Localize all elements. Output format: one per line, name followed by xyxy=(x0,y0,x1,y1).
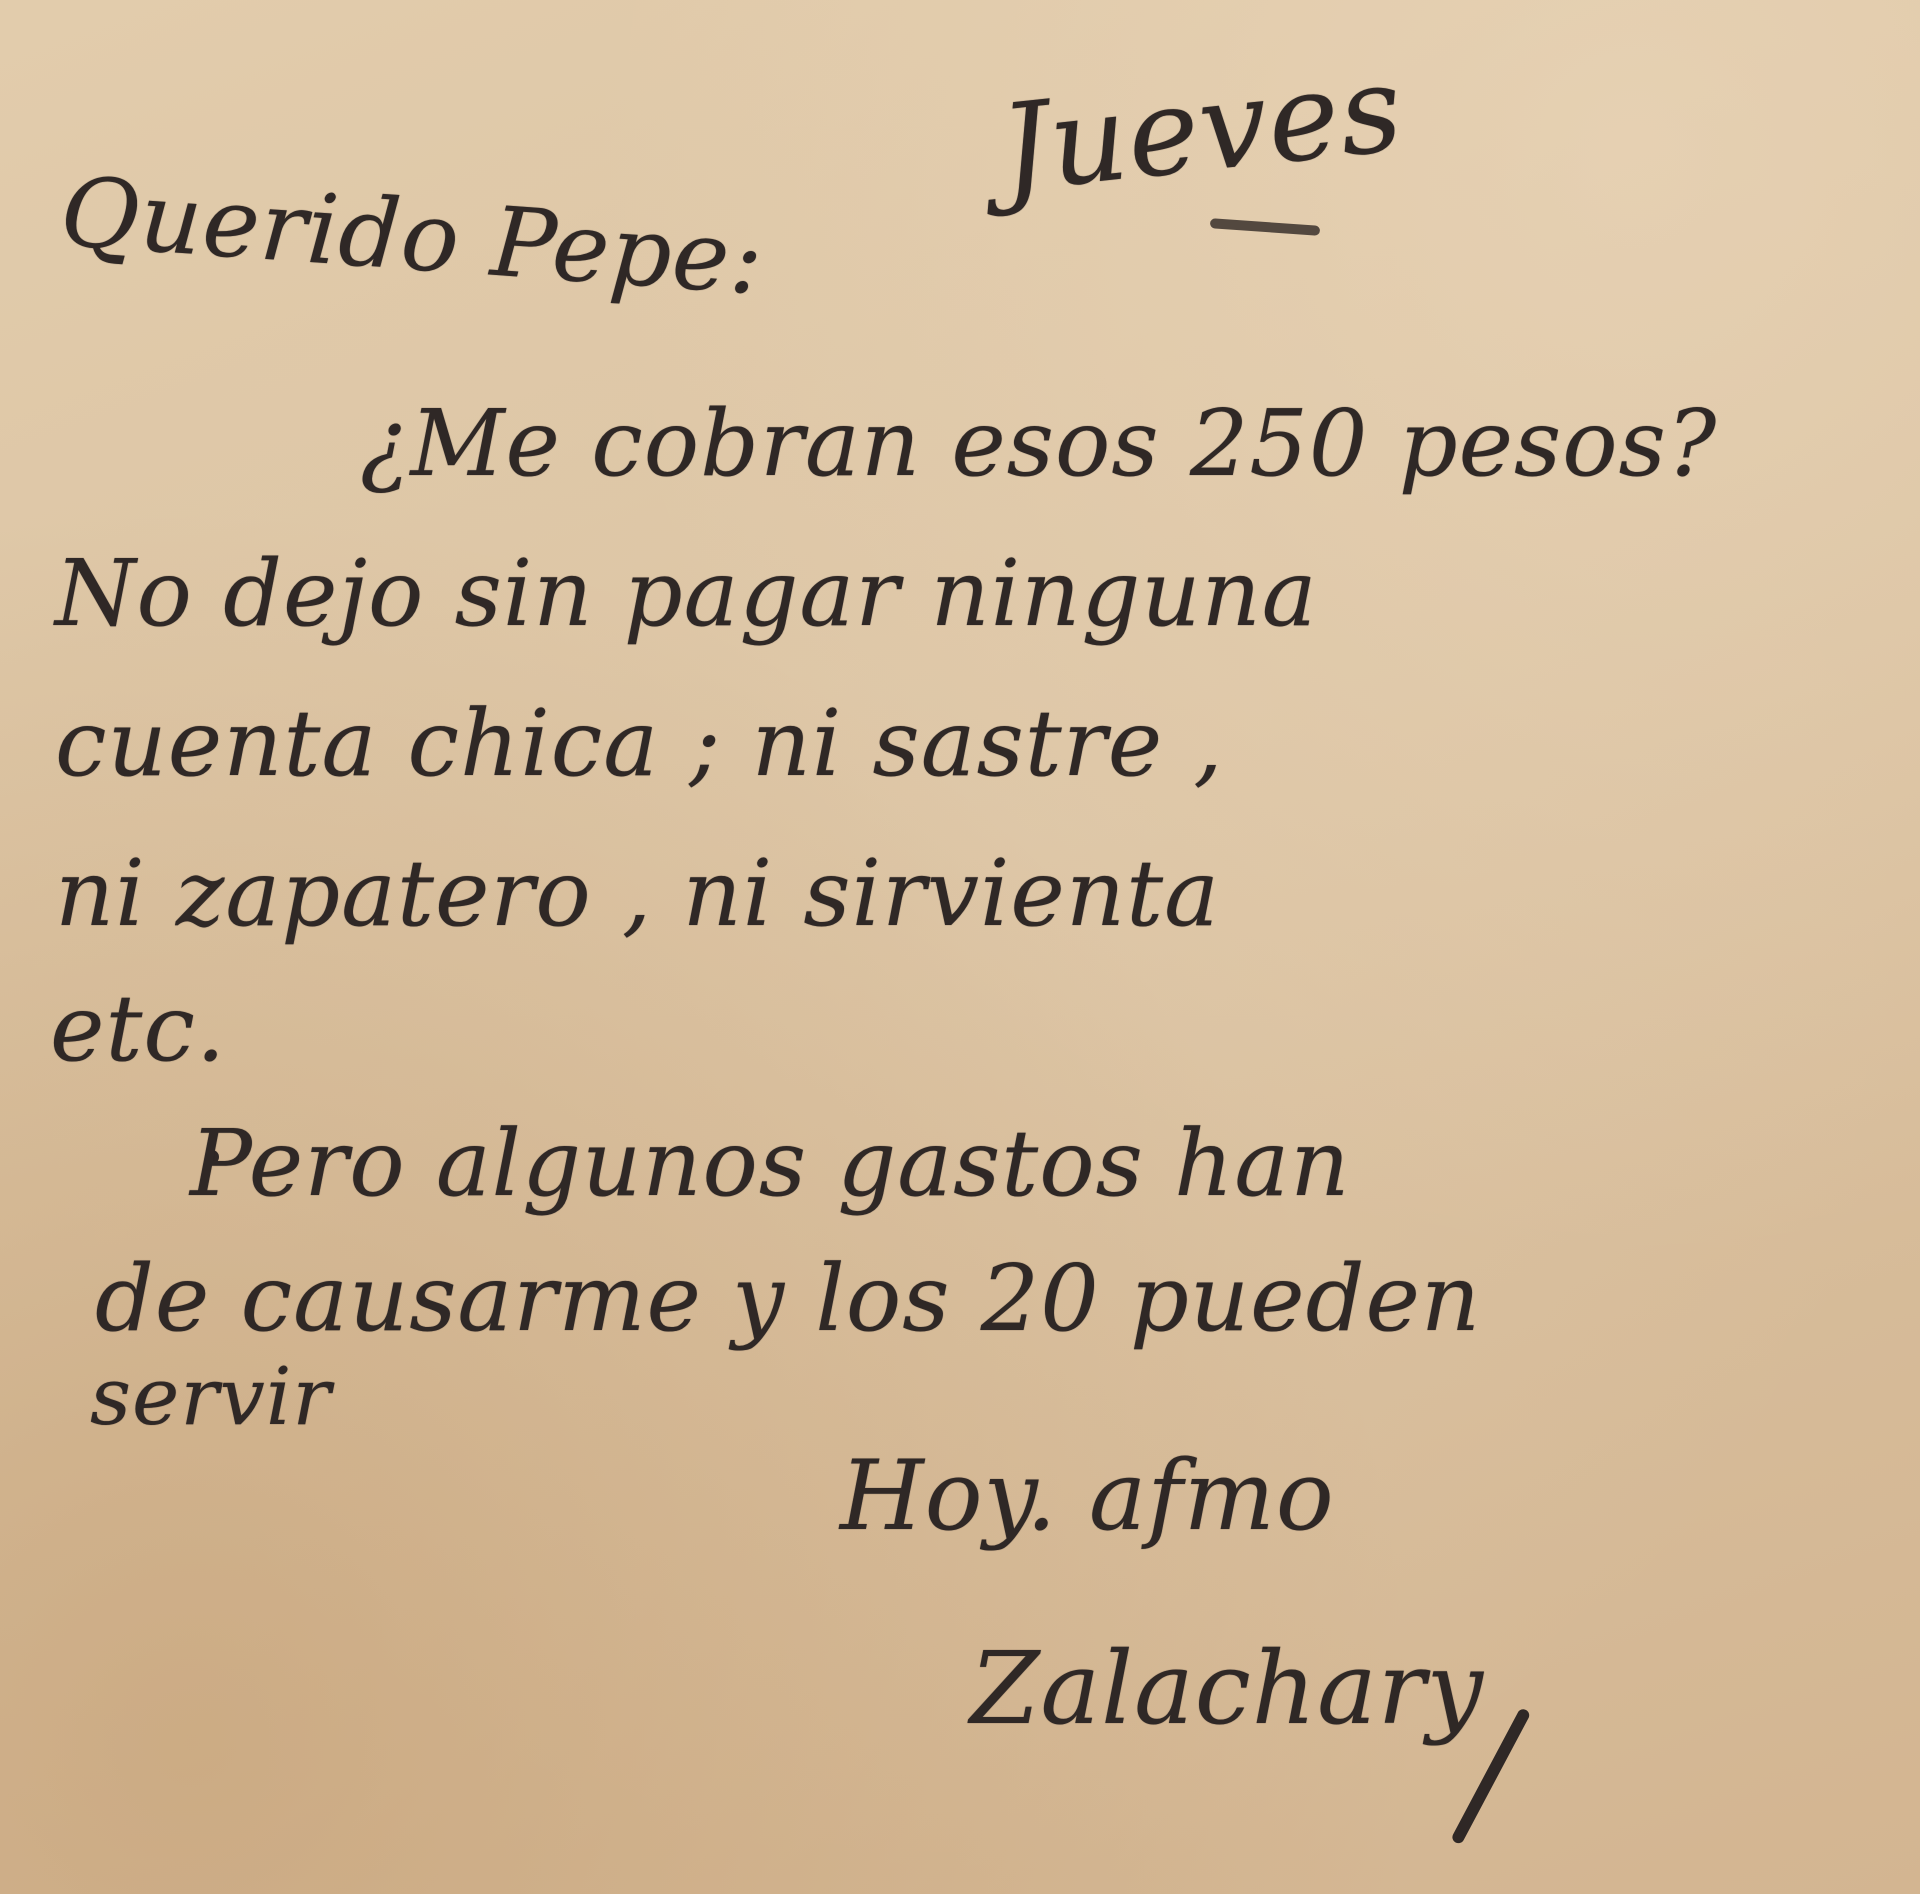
body-line-7: de causarme y los 20 pueden xyxy=(95,1245,1481,1352)
letter-page: Jueves Querido Pepe: ¿Me cobran esos 250… xyxy=(0,0,1920,1894)
day-underline xyxy=(1210,218,1320,236)
body-line-1: ¿Me cobran esos 250 pesos? xyxy=(360,390,1717,497)
body-line-4: ni zapatero , ni sirvienta xyxy=(55,840,1220,947)
letter-salutation: Querido Pepe: xyxy=(57,156,768,317)
body-line-3: cuenta chica ; ni sastre , xyxy=(55,690,1224,797)
body-line-6: Pero algunos gastos han xyxy=(190,1110,1350,1217)
body-line-5: etc. xyxy=(50,975,226,1082)
letter-closing: Hoy. afmo xyxy=(840,1440,1335,1552)
body-line-8: servir xyxy=(90,1350,332,1443)
letter-signature: Zalachary xyxy=(970,1630,1484,1747)
body-line-2: No dejo sin pagar ninguna xyxy=(55,540,1318,647)
letter-day-heading: Jueves xyxy=(994,39,1409,219)
